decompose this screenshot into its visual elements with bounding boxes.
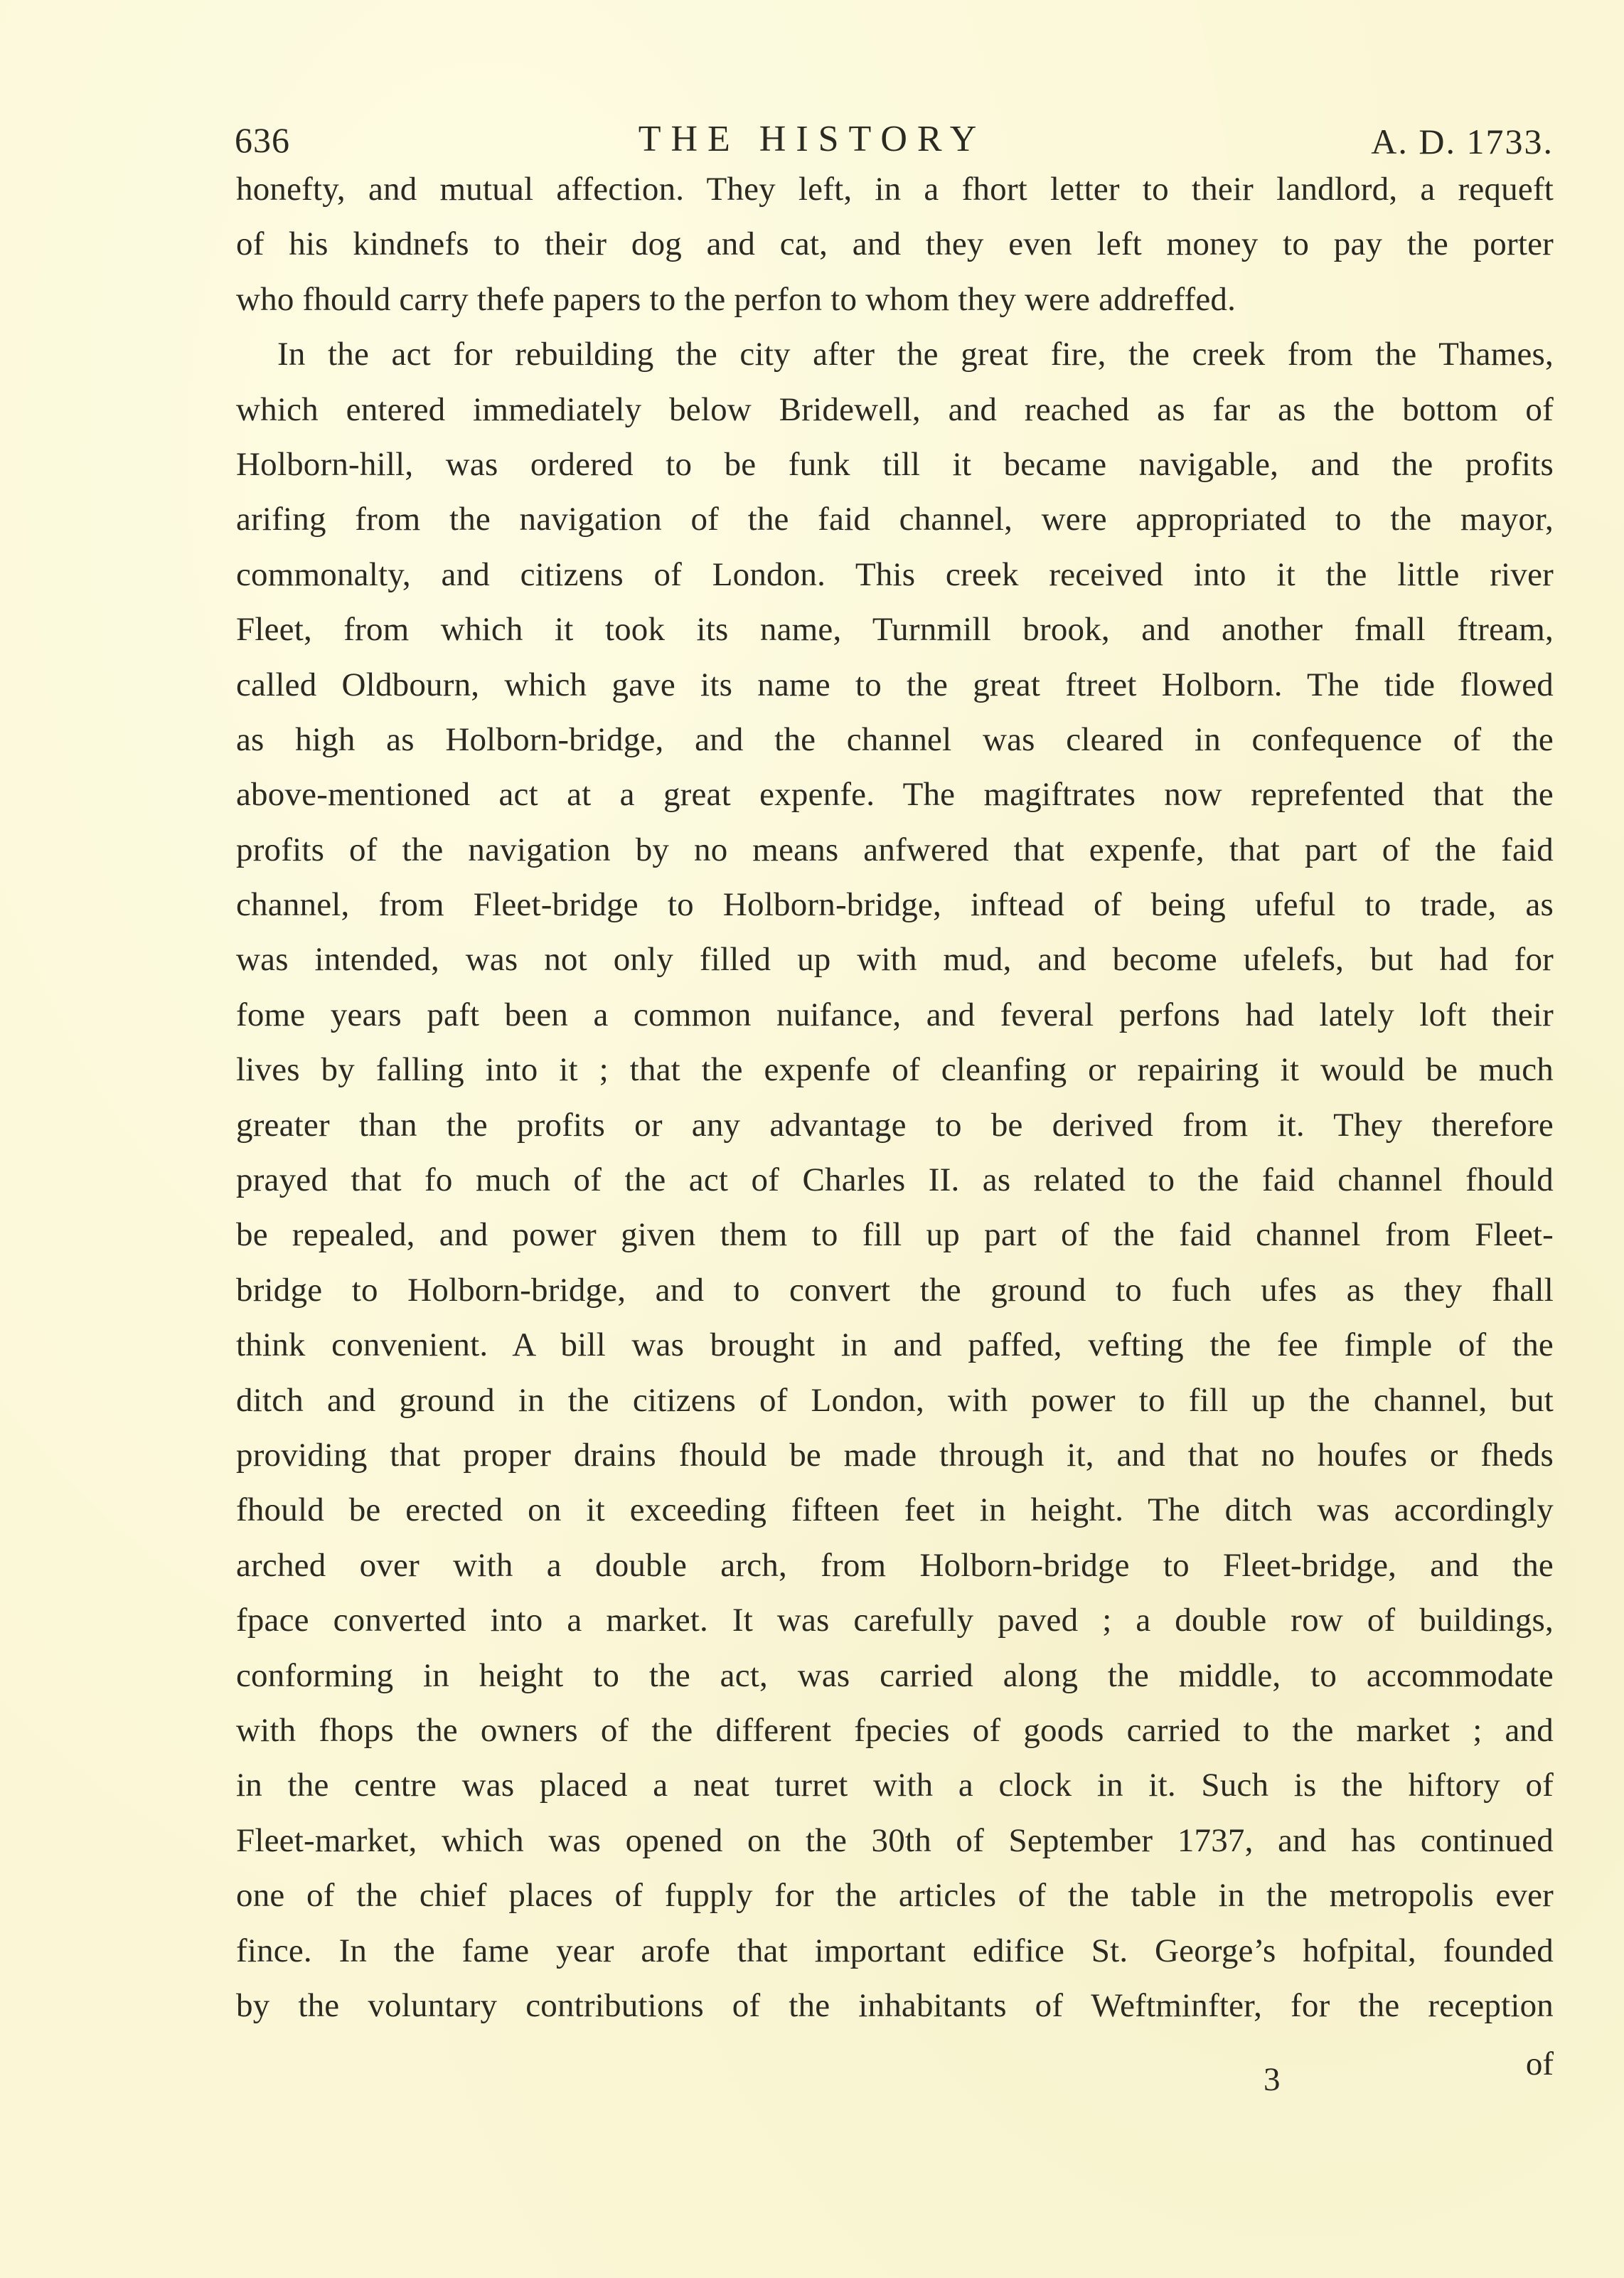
text-line: profits of the navigation by no means an…	[236, 823, 1554, 878]
text-line: conforming in height to the act, was car…	[236, 1649, 1554, 1703]
text-line: above-mentioned act at a great expenfe. …	[236, 767, 1554, 822]
text-line: think convenient. A bill was brought in …	[236, 1318, 1554, 1373]
text-line: greater than the profits or any advantag…	[236, 1098, 1554, 1153]
paragraph-start-line: In the act for rebuilding the city after…	[236, 327, 1554, 382]
text-line: arifing from the navigation of the faid …	[236, 492, 1554, 547]
text-line: as high as Holborn-bridge, and the chann…	[236, 713, 1554, 767]
text-line: prayed that fo much of the act of Charle…	[236, 1153, 1554, 1208]
running-head: 636 THE HISTORY A. D. 1733.	[235, 114, 1554, 164]
text-line: commonalty, and citizens of London. This…	[236, 548, 1554, 602]
text-line: by the voluntary contributions of the in…	[236, 1979, 1554, 2033]
book-page: 636 THE HISTORY A. D. 1733. honefty, and…	[0, 0, 1624, 2278]
text-line: channel, from Fleet-bridge to Holborn-br…	[236, 878, 1554, 932]
text-line: was intended, was not only filled up wit…	[236, 932, 1554, 987]
signature-mark: 3	[1264, 2060, 1281, 2099]
text-line: one of the chief places of fupply for th…	[236, 1868, 1554, 1923]
text-line: Holborn-hill, was ordered to be funk til…	[236, 437, 1554, 492]
text-line: called Oldbourn, which gave its name to …	[236, 658, 1554, 713]
text-line: in the centre was placed a neat turret w…	[236, 1758, 1554, 1813]
text-line: honefty, and mutual affection. They left…	[236, 162, 1554, 217]
text-line: with fhops the owners of the different f…	[236, 1703, 1554, 1758]
text-line: fpace converted into a market. It was ca…	[236, 1593, 1554, 1648]
text-line: be repealed, and power given them to fil…	[236, 1208, 1554, 1262]
text-line: fome years paft been a common nuifance, …	[236, 988, 1554, 1043]
body-text: honefty, and mutual affection. They left…	[236, 162, 1554, 2033]
text-line: Fleet, from which it took its name, Turn…	[236, 602, 1554, 657]
text-line: who fhould carry thefe papers to the per…	[236, 272, 1554, 327]
text-line: fince. In the fame year arofe that impor…	[236, 1924, 1554, 1979]
text-line: arched over with a double arch, from Hol…	[236, 1538, 1554, 1593]
catchword: of	[1526, 2045, 1554, 2083]
running-title: THE HISTORY	[235, 118, 1554, 160]
text-line: lives by falling into it ; that the expe…	[236, 1043, 1554, 1097]
text-line: fhould be erected on it exceeding fiftee…	[236, 1483, 1554, 1538]
text-line: which entered immediately below Bridewel…	[236, 383, 1554, 437]
text-line: bridge to Holborn-bridge, and to convert…	[236, 1263, 1554, 1318]
text-line: of his kindnefs to their dog and cat, an…	[236, 217, 1554, 272]
text-line: ditch and ground in the citizens of Lond…	[236, 1373, 1554, 1428]
running-date: A. D. 1733.	[1371, 121, 1554, 162]
text-line: Fleet-market, which was opened on the 30…	[236, 1814, 1554, 1868]
text-line: providing that proper drains fhould be m…	[236, 1428, 1554, 1483]
footer-catchline: 3 of	[236, 2045, 1554, 2102]
